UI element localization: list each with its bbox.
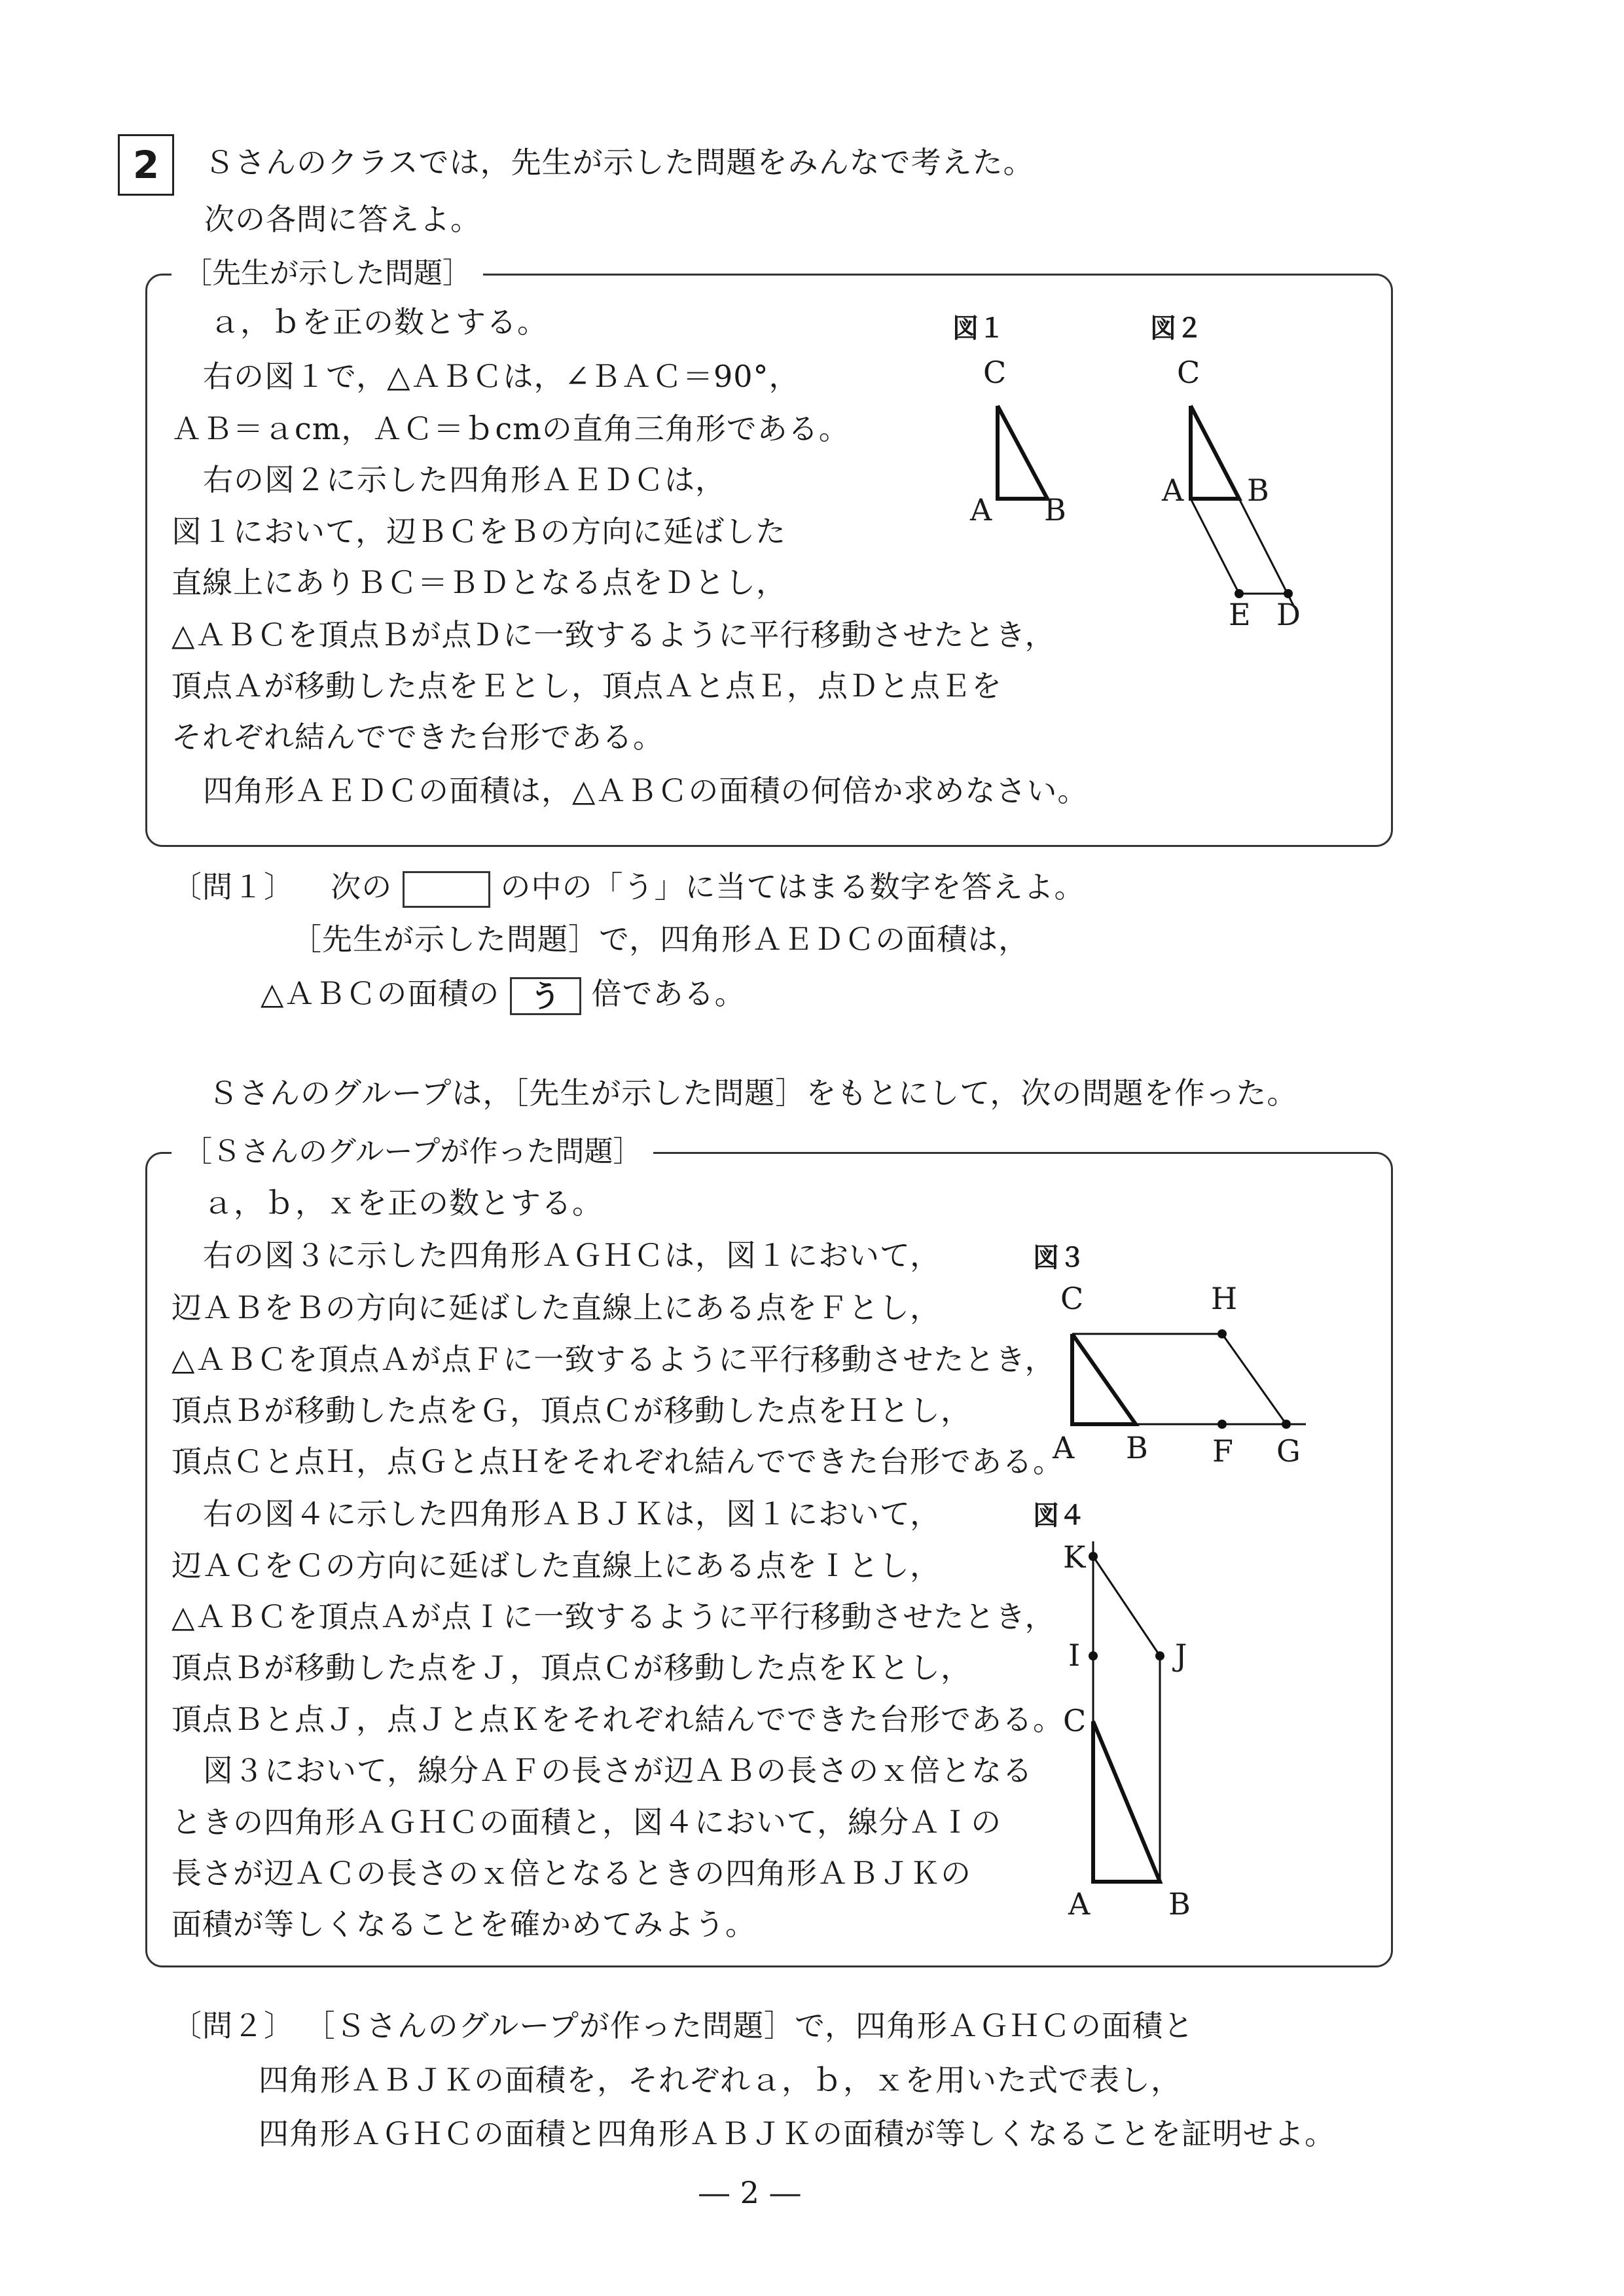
figure-3-label: 図３ xyxy=(1033,1237,1085,1274)
group-line-6: 頂点Ｃと点Ｈ，点Ｇと点Ｈをそれぞれ結んでできた台形である。 xyxy=(171,1442,1064,1481)
fig4-label-j: J xyxy=(1172,1638,1187,1673)
fig3-label-a: A xyxy=(1052,1430,1075,1465)
question-1-line-2: ［先生が示した問題］で，四角形ＡＥＤＣの面積は， xyxy=(291,920,1029,959)
page-number: ― 2 ― xyxy=(699,2173,801,2212)
fig3-label-f: F xyxy=(1212,1433,1233,1469)
fig4-label-k: K xyxy=(1063,1539,1087,1575)
group-line-1: ａ，ｂ，ｘを正の数とする。 xyxy=(203,1183,603,1223)
fig4-label-a: A xyxy=(1068,1886,1091,1922)
question-1-line-3-pre: △ＡＢＣの面積の xyxy=(261,976,499,1011)
teacher-line-5: 図１において，辺ＢＣをＢの方向に延ばした xyxy=(171,512,786,551)
fig3-label-c: C xyxy=(1060,1281,1083,1316)
figure-4: K I J C A B xyxy=(1034,1525,1231,1933)
figure-3: C H A B F G xyxy=(1034,1276,1335,1475)
fig1-label-b: B xyxy=(1044,492,1066,528)
question-number-box: 2 xyxy=(118,134,174,196)
fig4-label-c: C xyxy=(1063,1703,1086,1738)
intro-line-2: 次の各問に答えよ。 xyxy=(204,200,481,239)
question-1-label: 〔問１〕 xyxy=(171,869,295,905)
question-2-line-1: 〔問２〕 ［Ｓさんのグループが作った問題］で，四角形ＡＧＨＣの面積と xyxy=(171,2006,1194,2045)
figure-2-label: 図２ xyxy=(1150,308,1202,345)
question-2-label: 〔問２〕 xyxy=(171,2008,295,2043)
group-line-3: 辺ＡＢをＢの方向に延ばした直線上にある点をＦとし， xyxy=(171,1288,941,1327)
group-line-14: 長さが辺ＡＣの長さのｘ倍となるときの四角形ＡＢＪＫの xyxy=(171,1854,971,1893)
group-line-2: 右の図３に示した四角形ＡＧＨＣは，図１において， xyxy=(203,1236,941,1275)
answer-box-u[interactable]: う xyxy=(510,977,581,1015)
figure-2: C A B E D xyxy=(1113,353,1348,644)
teacher-line-2: 右の図１で，△ＡＢＣは，∠ＢＡＣ＝90°， xyxy=(203,357,800,396)
teacher-line-10: 四角形ＡＥＤＣの面積は，△ＡＢＣの面積の何倍か求めなさい。 xyxy=(203,771,1088,810)
figure-1-label: 図１ xyxy=(952,308,1005,345)
group-line-11: 頂点Ｂと点Ｊ，点Ｊと点Ｋをそれぞれ結んでできた台形である。 xyxy=(171,1700,1064,1739)
fig2-label-d: D xyxy=(1276,597,1301,632)
teacher-line-9: それぞれ結んでできた台形である。 xyxy=(171,717,664,757)
question-2-line-3: 四角形ＡＧＨＣの面積と四角形ＡＢＪＫの面積が等しくなることを証明せよ。 xyxy=(259,2114,1335,2153)
intro-line-1: Ｓさんのクラスでは，先生が示した問題をみんなで考えた。 xyxy=(204,143,1034,182)
teacher-line-7: △ＡＢＣを頂点Ｂが点Ｄに一致するように平行移動させたとき， xyxy=(171,615,1056,655)
teacher-line-6: 直線上にありＢＣ＝ＢＤとなる点をＤとし， xyxy=(171,563,787,602)
group-line-9: △ＡＢＣを頂点Ａが点Ｉに一致するように平行移動させたとき， xyxy=(171,1597,1056,1636)
question-number: 2 xyxy=(133,143,159,187)
fig1-label-a: A xyxy=(969,492,992,528)
fig2-label-a: A xyxy=(1161,473,1184,508)
teacher-problem-title: ［先生が示した問題］ xyxy=(171,255,483,292)
fig3-label-g: G xyxy=(1276,1433,1301,1469)
fig3-label-b: B xyxy=(1126,1430,1148,1465)
fig2-label-c: C xyxy=(1177,355,1200,390)
question-1-line-3-post: 倍である。 xyxy=(592,976,746,1011)
question-2-line-2: 四角形ＡＢＪＫの面積を，それぞれａ，ｂ，ｘを用いた式で表し， xyxy=(259,2060,1182,2100)
group-line-10: 頂点Ｂが移動した点をＪ，頂点Ｃが移動した点をＫとし， xyxy=(171,1648,971,1687)
blank-box-sample xyxy=(403,871,490,908)
fig2-label-e: E xyxy=(1229,597,1251,632)
group-intro: Ｓさんのグループは，［先生が示した問題］をもとにして，次の問題を作った。 xyxy=(208,1073,1297,1113)
question-1-line-3: △ＡＢＣの面積の う 倍である。 xyxy=(261,974,746,1015)
fig4-label-i: I xyxy=(1068,1638,1080,1673)
group-line-8: 辺ＡＣをＣの方向に延ばした直線上にある点をＩとし， xyxy=(171,1546,941,1585)
fig3-label-h: H xyxy=(1211,1281,1237,1316)
group-line-13: ときの四角形ＡＧＨＣの面積と，図４において，線分ＡＩの xyxy=(171,1803,1001,1842)
group-line-7: 右の図４に示した四角形ＡＢＪＫは，図１において， xyxy=(203,1494,941,1534)
fig1-label-c: C xyxy=(983,355,1006,390)
teacher-line-3: ＡＢ＝ａcm，ＡＣ＝ｂcmの直角三角形である。 xyxy=(171,409,850,448)
fig4-label-b: B xyxy=(1168,1886,1191,1922)
question-1-line-1: 〔問１〕 次の の中の「う」に当てはまる数字を答えよ。 xyxy=(171,867,1085,908)
question-1-text-pre: 次の xyxy=(331,869,392,905)
group-line-5: 頂点Ｂが移動した点をＧ，頂点Ｃが移動した点をＨとし， xyxy=(171,1391,971,1430)
figure-1: C A B xyxy=(943,353,1139,539)
teacher-line-8: 頂点Ａが移動した点をＥとし，頂点Ａと点Ｅ，点Ｄと点Ｅを xyxy=(171,666,1002,706)
teacher-line-1: ａ，ｂを正の数とする。 xyxy=(209,302,548,342)
fig2-label-b: B xyxy=(1247,473,1269,508)
question-2-text-1: ［Ｓさんのグループが作った問題］で，四角形ＡＧＨＣの面積と xyxy=(305,2008,1194,2043)
teacher-line-4: 右の図２に示した四角形ＡＥＤＣは， xyxy=(203,460,726,499)
group-line-15: 面積が等しくなることを確かめてみよう。 xyxy=(171,1905,756,1944)
group-line-4: △ＡＢＣを頂点Ａが点Ｆに一致するように平行移動させたとき， xyxy=(171,1340,1056,1379)
question-1-text-post: の中の「う」に当てはまる数字を答えよ。 xyxy=(501,869,1085,905)
group-line-12: 図３において，線分ＡＦの長さが辺ＡＢの長さのｘ倍となる xyxy=(203,1751,1033,1790)
group-problem-title: ［Ｓさんのグループが作った問題］ xyxy=(171,1134,653,1170)
